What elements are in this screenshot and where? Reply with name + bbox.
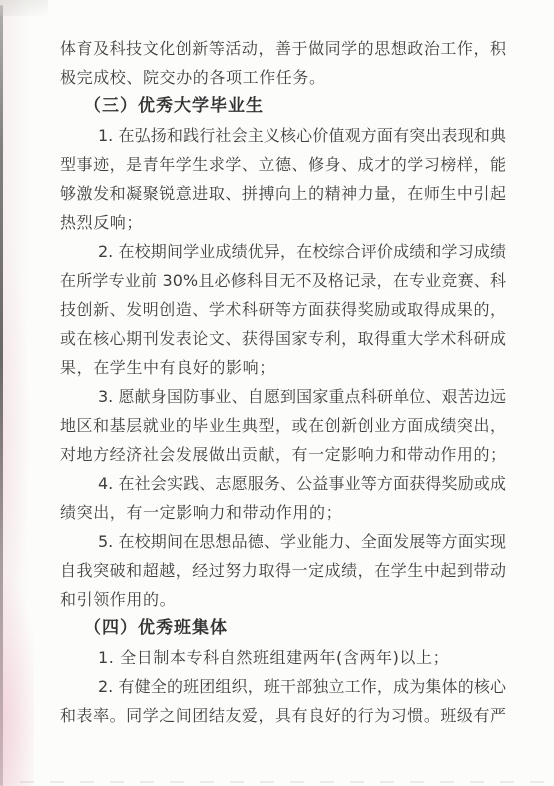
text-line: 对地方经济社会发展做出贡献，有一定影响力和带动作用的； — [60, 440, 506, 469]
section-heading: （四）优秀班集体 — [60, 614, 506, 643]
section-heading-block: （三）优秀大学毕业生 — [60, 92, 506, 121]
text-line: 绩突出，有一定影响力和带动作用的； — [60, 498, 506, 527]
text-line: 在所学专业前 30%且必修科目无不及格记录，在专业竞赛、科 — [60, 266, 506, 295]
paragraph-block: 1. 全日制本专科自然班组建两年(含两年)以上； — [60, 643, 506, 672]
scan-artifact-pink-wash — [0, 0, 34, 786]
text-line: 1. 在弘扬和践行社会主义核心价值观方面有突出表现和典 — [60, 121, 506, 150]
scan-artifact-top-patch — [0, 0, 48, 16]
paragraph-block: 4. 在社会实践、志愿服务、公益事业等方面获得奖励或成绩突出，有一定影响力和带动… — [60, 469, 506, 527]
text-line: 5. 在校期间在思想品德、学业能力、全面发展等方面实现 — [60, 527, 506, 556]
document-page: 体育及科技文化创新等活动，善于做同学的思想政治工作，积极完成校、院交办的各项工作… — [0, 0, 554, 786]
text-line: 技创新、发明创造、学术科研等方面获得奖励或取得成果的， — [60, 295, 506, 324]
paragraph-block: 3. 愿献身国防事业、自愿到国家重点科研单位、艰苦边远地区和基层就业的毕业生典型… — [60, 382, 506, 469]
text-line: 地区和基层就业的毕业生典型，或在创新创业方面成绩突出， — [60, 411, 506, 440]
text-line: 极完成校、院交办的各项工作任务。 — [60, 63, 506, 92]
text-line: 和表率。同学之间团结友爱，具有良好的行为习惯。班级有严 — [60, 701, 506, 730]
text-line: 够激发和凝聚锐意进取、拼搏向上的精神力量，在师生中引起 — [60, 179, 506, 208]
text-line: 1. 全日制本专科自然班组建两年(含两年)以上； — [60, 643, 506, 672]
text-line: 3. 愿献身国防事业、自愿到国家重点科研单位、艰苦边远 — [60, 382, 506, 411]
paragraph-block: 体育及科技文化创新等活动，善于做同学的思想政治工作，积极完成校、院交办的各项工作… — [60, 34, 506, 92]
section-heading-block: （四）优秀班集体 — [60, 614, 506, 643]
text-line: 或在核心期刊发表论文、获得国家专利，取得重大学术科研成 — [60, 324, 506, 353]
document-content: 体育及科技文化创新等活动，善于做同学的思想政治工作，积极完成校、院交办的各项工作… — [60, 34, 506, 730]
scan-artifact-bottom-speckle — [20, 781, 544, 783]
paragraph-block: 2. 在校期间学业成绩优异，在校综合评价成绩和学习成绩在所学专业前 30%且必修… — [60, 237, 506, 382]
text-line: 2. 有健全的班团组织，班干部独立工作，成为集体的核心 — [60, 672, 506, 701]
paragraph-block: 1. 在弘扬和践行社会主义核心价值观方面有突出表现和典型事迹，是青年学生求学、立… — [60, 121, 506, 237]
text-line: 体育及科技文化创新等活动，善于做同学的思想政治工作，积 — [60, 34, 506, 63]
text-line: 果，在学生中有良好的影响； — [60, 353, 506, 382]
text-line: 4. 在社会实践、志愿服务、公益事业等方面获得奖励或成 — [60, 469, 506, 498]
paragraph-block: 5. 在校期间在思想品德、学业能力、全面发展等方面实现自我突破和超越，经过努力取… — [60, 527, 506, 614]
text-line: 自我突破和超越，经过努力取得一定成绩，在学生中起到带动 — [60, 556, 506, 585]
text-line: 热烈反响； — [60, 208, 506, 237]
paragraph-block: 2. 有健全的班团组织，班干部独立工作，成为集体的核心和表率。同学之间团结友爱，… — [60, 672, 506, 730]
text-line: 和引领作用的。 — [60, 585, 506, 614]
text-line: 2. 在校期间学业成绩优异，在校综合评价成绩和学习成绩 — [60, 237, 506, 266]
text-line: 型事迹，是青年学生求学、立德、修身、成才的学习榜样，能 — [60, 150, 506, 179]
section-heading: （三）优秀大学毕业生 — [60, 92, 506, 121]
scan-artifact-edge-line — [0, 5, 3, 786]
